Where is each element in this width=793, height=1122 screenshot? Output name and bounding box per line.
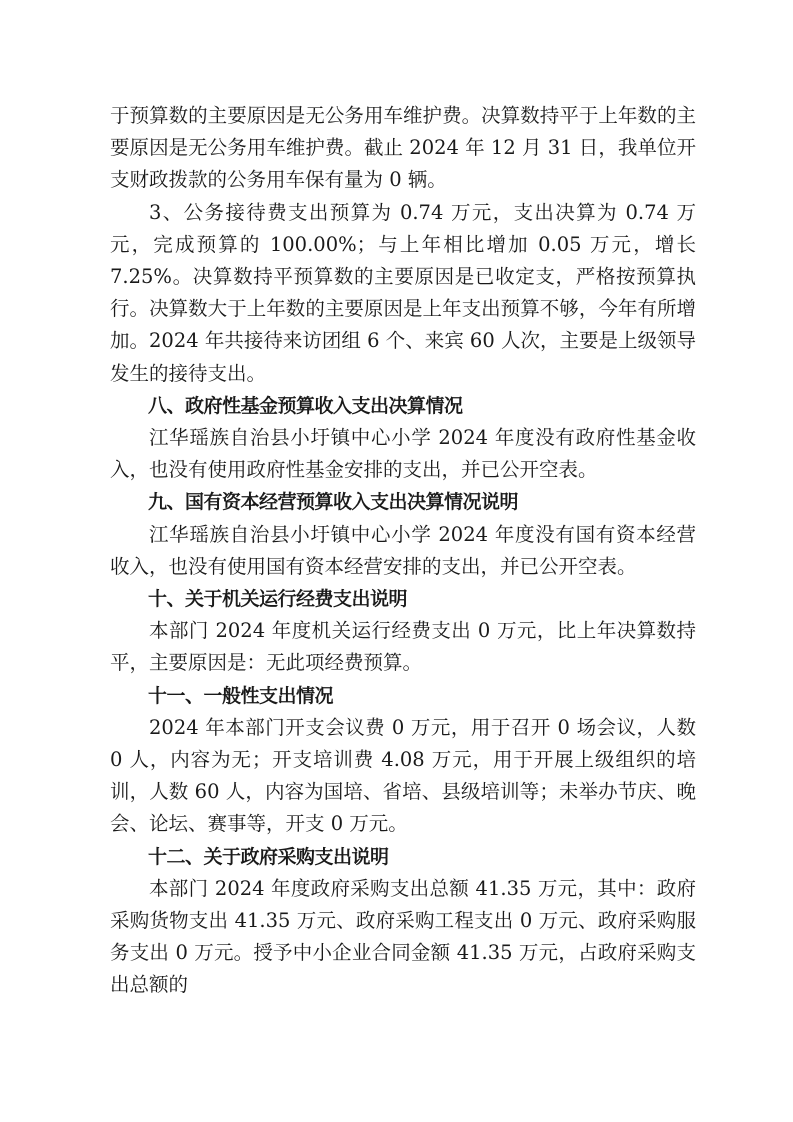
paragraph-reception-expense: 3、公务接待费支出预算为 0.74 万元，支出决算为 0.74 万元，完成预算的… — [110, 197, 696, 390]
paragraph-state-capital-budget: 江华瑶族自治县小圩镇中心小学 2024 年度没有国有资本经营收入，也没有使用国有… — [110, 519, 696, 583]
heading-general-expense: 十一、一般性支出情况 — [110, 680, 696, 712]
document-page: 于预算数的主要原因是无公务用车维护费。决算数持平于上年数的主要原因是无公务用车维… — [110, 100, 696, 1002]
paragraph-vehicle-maintenance-continued: 于预算数的主要原因是无公务用车维护费。决算数持平于上年数的主要原因是无公务用车维… — [110, 100, 696, 197]
heading-state-capital-budget: 九、国有资本经营预算收入支出决算情况说明 — [110, 486, 696, 518]
paragraph-operating-expense: 本部门 2024 年度机关运行经费支出 0 万元，比上年决算数持平，主要原因是：… — [110, 615, 696, 679]
heading-government-fund-budget: 八、政府性基金预算收入支出决算情况 — [110, 390, 696, 422]
paragraph-government-procurement: 本部门 2024 年度政府采购支出总额 41.35 万元，其中：政府采购货物支出… — [110, 873, 696, 1002]
paragraph-general-expense: 2024 年本部门开支会议费 0 万元，用于召开 0 场会议，人数 0 人，内容… — [110, 712, 696, 841]
heading-operating-expense: 十、关于机关运行经费支出说明 — [110, 583, 696, 615]
heading-government-procurement: 十二、关于政府采购支出说明 — [110, 841, 696, 873]
paragraph-government-fund-budget: 江华瑶族自治县小圩镇中心小学 2024 年度没有政府性基金收入，也没有使用政府性… — [110, 422, 696, 486]
